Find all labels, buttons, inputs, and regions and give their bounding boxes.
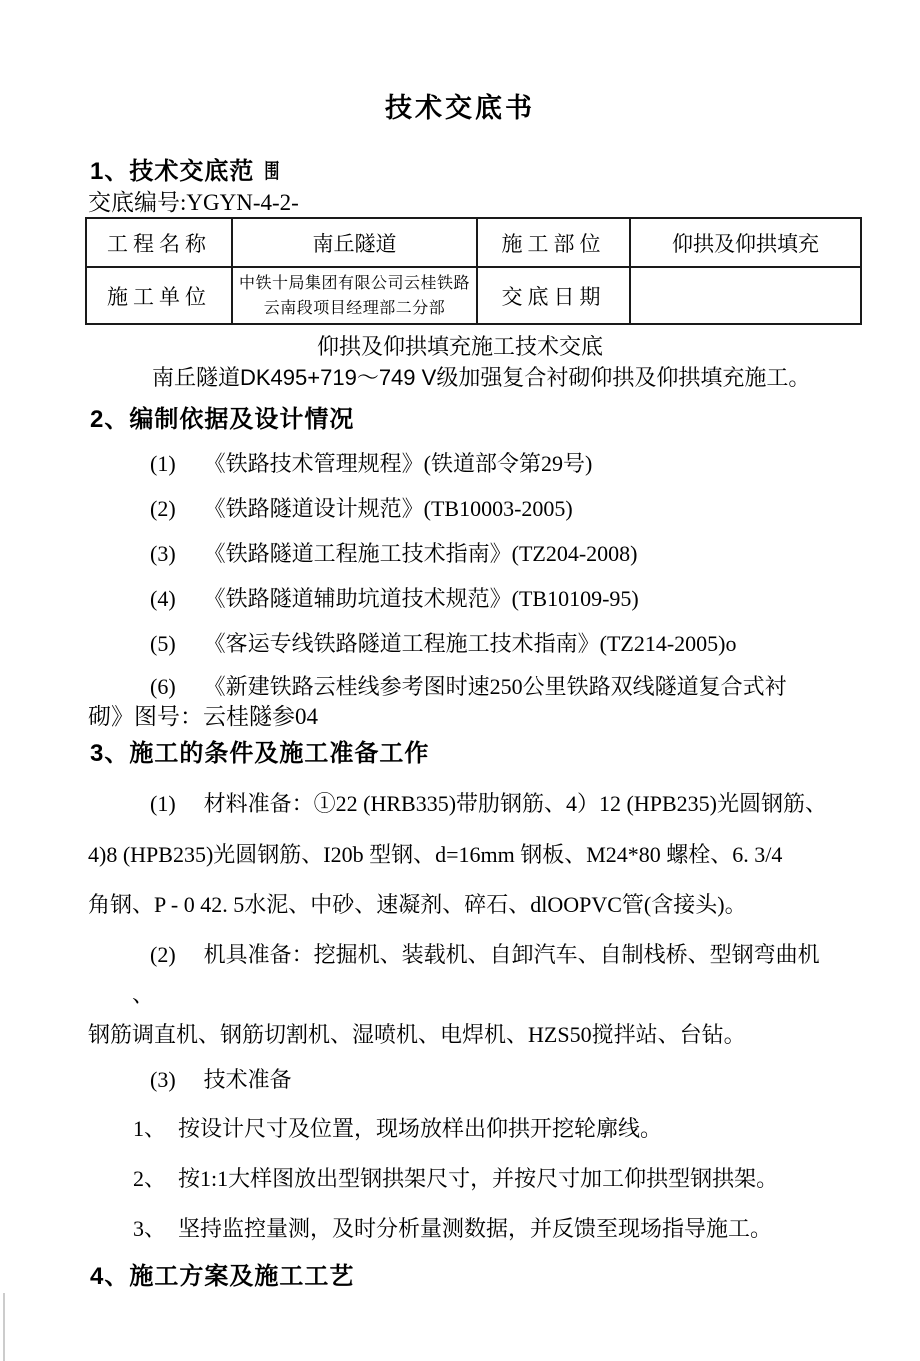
material-preparation-text1: 材料准备：①22 (HRB335)带肋钢筋、4）12 (HPB235)光圆钢筋、 — [204, 791, 827, 816]
reference-item-num: (2) — [150, 496, 176, 522]
technical-item-num: 3、 — [133, 1212, 166, 1243]
project-name-value: 南丘隧道 — [313, 228, 397, 258]
project-name-label: 工程名称 — [107, 228, 211, 258]
reference-item: (5)《客运专线铁路隧道工程施工技术指南》(TZ214-2005)o — [150, 627, 737, 658]
construction-unit-value-line1: 中铁十局集团有限公司云桂铁路 — [239, 271, 470, 296]
technical-item-num: 1、 — [133, 1112, 166, 1143]
scan-edge-artifact — [3, 1293, 5, 1361]
reference-item: (4)《铁路隧道辅助坑道技术规范》(TB10109-95) — [150, 582, 639, 613]
technical-item: 1、按设计尺寸及位置，现场放样出仰拱开挖轮廓线。 — [133, 1112, 662, 1143]
technical-preparation-heading: (3)技术准备 — [150, 1063, 292, 1094]
construction-unit-value-cell: 中铁十局集团有限公司云桂铁路 云南段项目经理部二分部 — [233, 268, 478, 323]
reference-item-text: 《新建铁路云桂线参考图时速250公里铁路双线隧道复合式衬 — [204, 674, 787, 699]
reference-item: (1)《铁路技术管理规程》(铁道部令第29号) — [150, 447, 592, 478]
section1-heading: 1、技术交底范围 — [90, 151, 280, 186]
machinery-preparation-line2: 、 — [132, 978, 154, 1009]
disclosure-date-value-cell — [631, 268, 860, 323]
project-name-value-cell: 南丘隧道 — [233, 219, 478, 268]
technical-item-text: 按设计尺寸及位置，现场放样出仰拱开挖轮廓线。 — [178, 1116, 662, 1141]
disclosure-date-label-cell: 交底日期 — [478, 268, 631, 323]
reference-item: (3)《铁路隧道工程施工技术指南》(TZ204-2008) — [150, 537, 638, 568]
machinery-preparation-line1: (2)机具准备：挖掘机、装载机、自卸汽车、自制栈桥、型钢弯曲机 — [150, 938, 820, 969]
info-table: 工程名称 南丘隧道 施工部位 仰拱及仰拱填充 施工单位 中铁十局集团有限公司云桂… — [85, 217, 862, 325]
reference-item-text: 《铁路隧道设计规范》(TB10003-2005) — [204, 496, 573, 521]
corrupted-glyph: 围 — [264, 157, 280, 185]
reference-item-num: (4) — [150, 586, 176, 612]
technical-item: 3、坚持监控量测，及时分析量测数据，并反馈至现场指导施工。 — [133, 1212, 772, 1243]
technical-preparation-num: (3) — [150, 1067, 176, 1093]
reference-item-text: 《铁路技术管理规程》(铁道部令第29号) — [204, 451, 593, 476]
construction-part-label: 施工部位 — [502, 228, 606, 258]
disclosure-date-label: 交底日期 — [502, 281, 606, 311]
technical-item-num: 2、 — [133, 1162, 166, 1193]
section4-heading: 4、施工方案及施工工艺 — [90, 1256, 354, 1291]
reference-item-num: (6) — [150, 674, 176, 700]
construction-part-value-cell: 仰拱及仰拱填充 — [631, 219, 860, 268]
technical-preparation-title: 技术准备 — [204, 1067, 292, 1092]
reference-item-text: 《客运专线铁路隧道工程施工技术指南》(TZ214-2005)o — [204, 631, 737, 656]
reference-item-text: 《铁路隧道辅助坑道技术规范》(TB10109-95) — [204, 586, 639, 611]
construction-unit-label-cell: 施工单位 — [87, 268, 233, 323]
section2-heading: 2、编制依据及设计情况 — [90, 399, 354, 434]
reference-item-num: (1) — [150, 451, 176, 477]
reference-item: (6)《新建铁路云桂线参考图时速250公里铁路双线隧道复合式衬 — [150, 670, 787, 701]
machinery-preparation-num: (2) — [150, 942, 176, 968]
material-preparation-line2: 4)8 (HPB235)光圆钢筋、I20b 型钢、d=16mm 钢板、M24*8… — [88, 838, 782, 869]
machinery-preparation-text1: 机具准备：挖掘机、装载机、自卸汽车、自制栈桥、型钢弯曲机 — [204, 942, 820, 967]
reference-item: (2)《铁路隧道设计规范》(TB10003-2005) — [150, 492, 573, 523]
technical-item: 2、按1:1大样图放出型钢拱架尺寸，并按尺寸加工仰拱型钢拱架。 — [133, 1162, 778, 1193]
material-preparation-num: (1) — [150, 791, 176, 817]
reference-item-num: (3) — [150, 541, 176, 567]
scope-line: 南丘隧道DK495+719～749 V级加强复合衬砌仰拱及仰拱填充施工。 — [152, 361, 810, 392]
material-preparation-line3: 角钢、P - 0 42. 5水泥、中砂、速凝剂、碎石、dlOOPVC管(含接头)… — [88, 888, 747, 919]
technical-item-text: 坚持监控量测，及时分析量测数据，并反馈至现场指导施工。 — [178, 1216, 772, 1241]
machinery-preparation-line3: 钢筋调直机、钢筋切割机、湿喷机、电焊机、HZS50搅拌站、台钻。 — [88, 1018, 746, 1049]
reference-item-num: (5) — [150, 631, 176, 657]
page-title: 技术交底书 — [0, 86, 920, 125]
material-preparation-line1: (1)材料准备：①22 (HRB335)带肋钢筋、4）12 (HPB235)光圆… — [150, 787, 827, 818]
section1-heading-text: 1、技术交底范 — [90, 158, 254, 185]
construction-unit-label: 施工单位 — [107, 281, 211, 311]
document-page: 技术交底书 1、技术交底范围 交底编号:YGYN-4-2- 工程名称 南丘隧道 … — [0, 0, 920, 1361]
subtitle: 仰拱及仰拱填充施工技术交底 — [0, 330, 920, 361]
reference-continuation: 砌》图号：云桂隧参04 — [88, 698, 318, 731]
section3-heading: 3、施工的条件及施工准备工作 — [90, 733, 429, 768]
construction-unit-value-line2: 云南段项目经理部二分部 — [264, 296, 446, 321]
project-name-label-cell: 工程名称 — [87, 219, 233, 268]
reference-item-text: 《铁路隧道工程施工技术指南》(TZ204-2008) — [204, 541, 638, 566]
technical-item-text: 按1:1大样图放出型钢拱架尺寸，并按尺寸加工仰拱型钢拱架。 — [178, 1166, 778, 1191]
construction-part-value: 仰拱及仰拱填充 — [672, 228, 819, 258]
disclosure-number: 交底编号:YGYN-4-2- — [88, 184, 299, 217]
construction-part-label-cell: 施工部位 — [478, 219, 631, 268]
